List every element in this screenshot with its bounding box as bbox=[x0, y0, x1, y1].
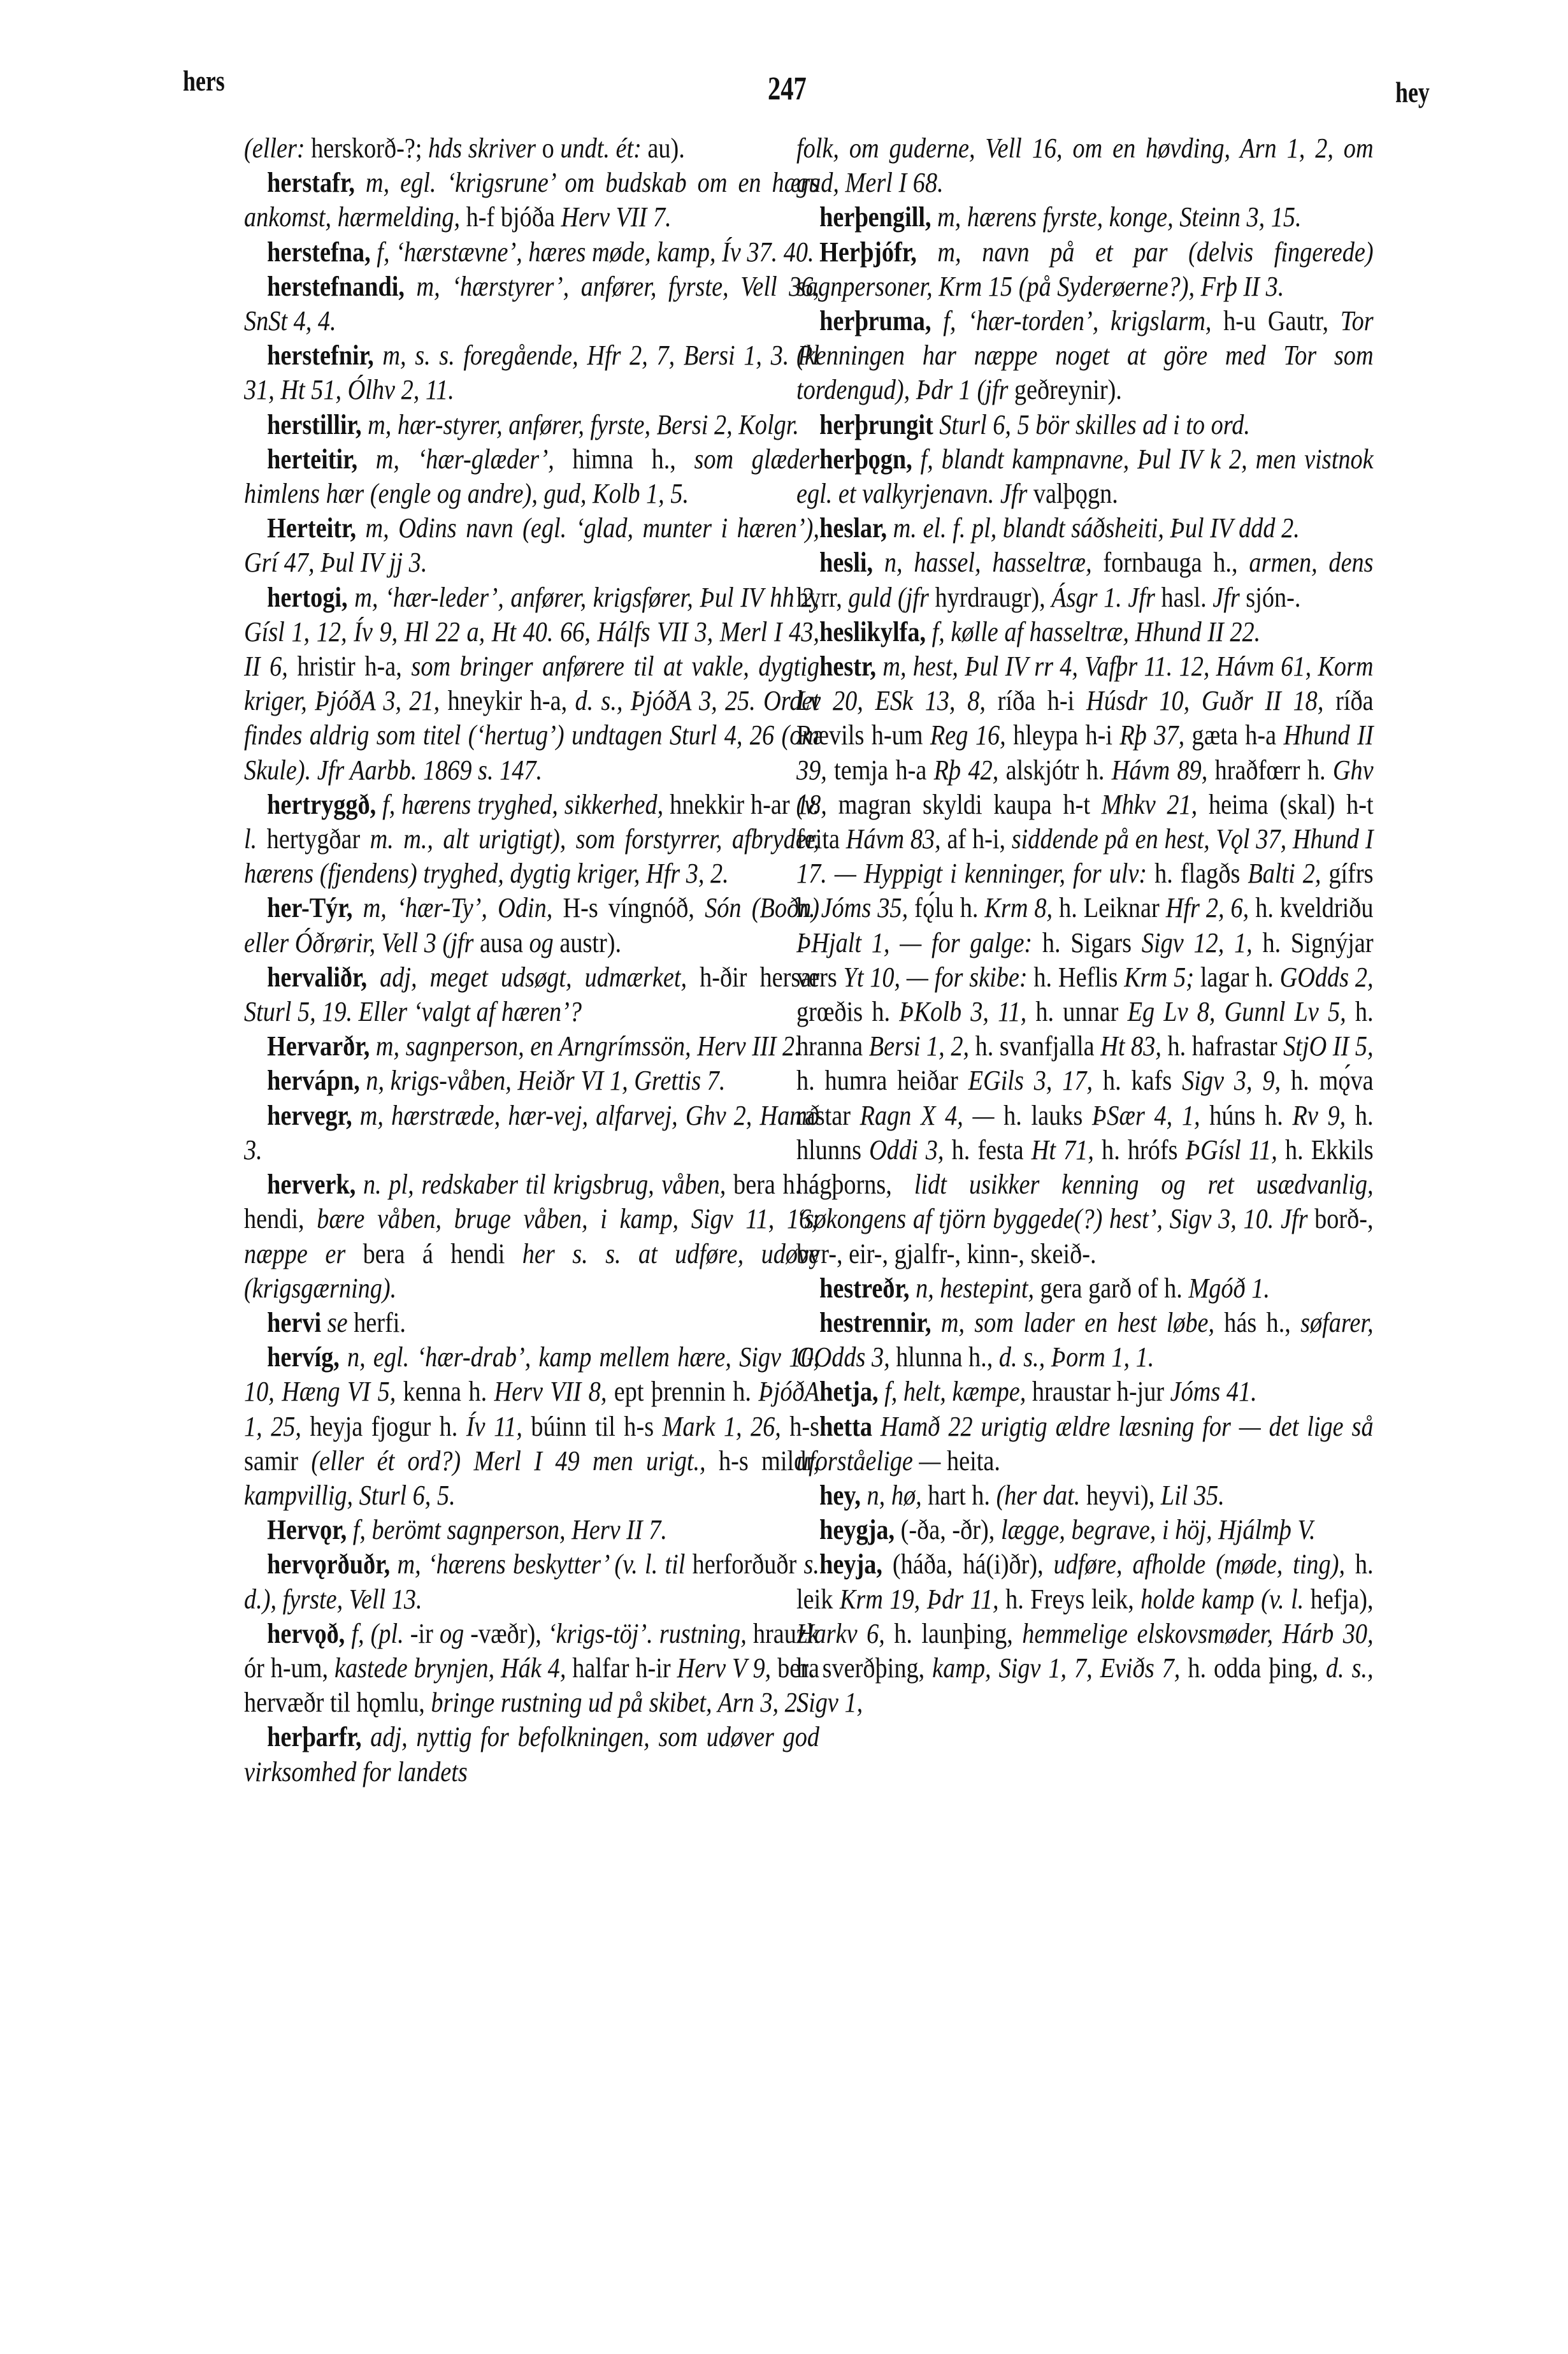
italic-gloss: Sigv 12, 1, bbox=[1142, 927, 1263, 958]
oldnorse-text: hefja), bbox=[1311, 1583, 1374, 1615]
headword: hestrennir, bbox=[819, 1306, 941, 1338]
oldnorse-text: h. hafrastar bbox=[1167, 1030, 1283, 1062]
right-column: folk, om guderne, Vell 16, om en høvding… bbox=[796, 131, 1373, 1719]
headword: hesli, bbox=[819, 546, 884, 578]
italic-gloss: se bbox=[327, 1306, 354, 1338]
oldnorse-text: h. Heflis bbox=[1033, 961, 1124, 993]
italic-gloss: f, helt, kæmpe, bbox=[884, 1375, 1032, 1407]
italic-gloss: n, hassel, hasseltræ, bbox=[884, 546, 1104, 578]
oldnorse-text: heyvi), bbox=[1086, 1479, 1161, 1511]
headword: heslar, bbox=[819, 512, 893, 544]
oldnorse-text: hlunna h., bbox=[896, 1341, 999, 1373]
dictionary-entry: hervi se herfi. bbox=[244, 1305, 819, 1339]
italic-gloss: m, ‘hær-Ty’, Odin, bbox=[363, 892, 563, 923]
oldnorse-text: hyrr, bbox=[796, 581, 848, 613]
oldnorse-text: h-u Gautr, bbox=[1223, 305, 1341, 336]
dictionary-entry: hesli, n, hassel, hasseltræ, fornbauga h… bbox=[796, 545, 1374, 614]
oldnorse-text: h. humra heiðar bbox=[796, 1064, 968, 1096]
oldnorse-text: h. flagðs bbox=[1154, 857, 1248, 889]
oldnorse-text: h. launþing, bbox=[894, 1617, 1022, 1649]
headword: hestr, bbox=[819, 650, 882, 682]
dictionary-entry: Herþjófr, m, navn på et par (delvis fing… bbox=[796, 235, 1374, 303]
oldnorse-text: h. lauks bbox=[1003, 1099, 1092, 1131]
dictionary-entry: herstefnandi, m, ‘hærstyrer’, anfører, f… bbox=[244, 269, 819, 338]
headword: hervǫð, bbox=[267, 1617, 351, 1649]
oldnorse-text: kenna h. bbox=[403, 1375, 494, 1407]
dictionary-entry: hestr, m, hest, Þul IV rr 4, Vafþr 11. 1… bbox=[796, 649, 1374, 1271]
dictionary-entry: hetja, f, helt, kæmpe, hraustar h-jur Jó… bbox=[796, 1374, 1374, 1408]
italic-gloss: d. s., Þorm 1, 1. bbox=[999, 1341, 1154, 1373]
italic-gloss: Ht 83, bbox=[1100, 1030, 1167, 1062]
oldnorse-text: geðreynir). bbox=[1014, 373, 1122, 405]
oldnorse-text: hristir h-a, bbox=[297, 650, 411, 682]
running-head-left: hers bbox=[183, 64, 225, 97]
italic-gloss: Sturl 5, 19. Eller ‘valgt af hæren’? bbox=[244, 995, 582, 1027]
italic-gloss: n, hø, bbox=[867, 1479, 928, 1511]
italic-gloss: Hfr 2, 6, bbox=[1166, 892, 1255, 923]
dictionary-entry: heslar, m. el. f. pl, blandt sáðsheiti, … bbox=[796, 510, 1374, 545]
dictionary-entry: heyja, (háða, há(i)ðr), udføre, afholde … bbox=[796, 1547, 1374, 1719]
oldnorse-text: himna h., bbox=[572, 443, 694, 475]
oldnorse-text: valþǫgn. bbox=[1033, 477, 1118, 509]
dictionary-entry: hervǫrðuðr, m, ‘hærens beskytter’ (v. l.… bbox=[244, 1547, 819, 1615]
dictionary-entry: Herteitr, m, Odins navn (egl. ‘glad, mun… bbox=[244, 510, 819, 579]
oldnorse-text: hertygðar bbox=[267, 823, 370, 855]
oldnorse-text: hraðfœrr h. bbox=[1215, 754, 1333, 786]
oldnorse-text: húns h. bbox=[1209, 1099, 1292, 1131]
headword: hervápn, bbox=[267, 1064, 366, 1096]
headword: hetja, bbox=[819, 1375, 884, 1407]
oldnorse-text: h. odda þing, bbox=[1188, 1652, 1326, 1684]
oldnorse-text: lagar h. bbox=[1200, 961, 1280, 993]
oldnorse-text: hyrdraugr), bbox=[935, 581, 1051, 613]
dictionary-entry: hertryggð, f, hærens tryghed, sikkerhed,… bbox=[244, 787, 819, 891]
oldnorse-text: fornbauga h., bbox=[1103, 546, 1249, 578]
oldnorse-text: hás h., bbox=[1224, 1306, 1300, 1338]
italic-gloss: m, hærens fyrste, konge, Steinn 3, 15. bbox=[937, 201, 1301, 233]
headword: hervǫrðuðr, bbox=[267, 1548, 397, 1580]
dictionary-entry: herteitir, m, ‘hær-glæder’, himna h., so… bbox=[244, 442, 819, 510]
italic-gloss: Oddi 3, bbox=[869, 1134, 951, 1166]
italic-gloss: ‘krigs-töj’. rustning, bbox=[548, 1617, 753, 1649]
italic-gloss: m, sagnperson, en Arngrímssön, Herv III … bbox=[376, 1030, 801, 1062]
headword: hetta bbox=[819, 1410, 881, 1442]
italic-gloss: Harkv 6, bbox=[796, 1617, 894, 1649]
italic-gloss: f, berömt sagnperson, Herv II 7. bbox=[353, 1513, 667, 1545]
italic-gloss: (eller: bbox=[244, 132, 311, 164]
dictionary-entry: herstefna, f, ‘hærstævne’, hæres møde, k… bbox=[244, 235, 819, 269]
oldnorse-text: af h-i, bbox=[947, 823, 1011, 855]
italic-gloss: Yt 10, — for skibe: bbox=[844, 961, 1034, 993]
italic-gloss: Bersi 1, 2, bbox=[869, 1030, 975, 1062]
headword: herteitir, bbox=[267, 443, 376, 475]
dictionary-entry: hey, n, hø, hart h. (her dat. heyvi), Li… bbox=[796, 1478, 1374, 1512]
headword: herstefna, bbox=[267, 236, 377, 268]
headword: herþǫgn, bbox=[819, 443, 921, 475]
italic-gloss: Ív 11, bbox=[466, 1410, 531, 1442]
italic-gloss: Jfr bbox=[1212, 581, 1246, 613]
oldnorse-text: magran skyldi kaupa h-t bbox=[838, 788, 1102, 820]
oldnorse-text: ríða h-i bbox=[998, 684, 1086, 716]
italic-gloss: m, som lader en hest løbe, bbox=[941, 1306, 1224, 1338]
oldnorse-text: h. Sigars bbox=[1042, 927, 1142, 958]
oldnorse-text: bera á hendi bbox=[363, 1238, 522, 1269]
oldnorse-text: au). bbox=[647, 132, 684, 164]
italic-gloss: Ásgr 1. Jfr bbox=[1051, 581, 1161, 613]
oldnorse-text: h. Freys leik, bbox=[1005, 1583, 1140, 1615]
oldnorse-text: búinn til h-s bbox=[531, 1410, 662, 1442]
italic-gloss: m. el. f. pl, blandt sáðsheiti, Þul IV d… bbox=[893, 512, 1300, 544]
italic-gloss: undt. ét: bbox=[560, 132, 647, 164]
italic-gloss: Mgóð 1. bbox=[1188, 1272, 1270, 1304]
dictionary-entry: herstefnir, m, s. s. foregående, Hfr 2, … bbox=[244, 338, 819, 407]
italic-gloss: m, ‘hær-glæder’, bbox=[376, 443, 573, 475]
italic-gloss: Mhkv 21, bbox=[1102, 788, 1209, 820]
oldnorse-text: fǫ́lu h. bbox=[914, 892, 984, 923]
oldnorse-text: herfi. bbox=[354, 1306, 406, 1338]
oldnorse-text: H-s víngnóð, bbox=[563, 892, 705, 923]
headword: herstefnir, bbox=[267, 339, 382, 371]
dictionary-entry: heygja, (-ða, -ðr), lægge, begrave, i hö… bbox=[796, 1512, 1374, 1547]
italic-gloss: n, krigs-våben, Heiðr VI 1, Grettis 7. bbox=[366, 1064, 725, 1096]
headword: herþengill, bbox=[819, 201, 937, 233]
dictionary-entry: herþengill, m, hærens fyrste, konge, Ste… bbox=[796, 199, 1374, 234]
oldnorse-text: ausa bbox=[480, 927, 529, 958]
italic-gloss: Sturl 6, 5 bör skilles ad i to ord. bbox=[939, 408, 1250, 440]
dictionary-entry: heslikylfa, f, kølle af hasseltræ, Hhund… bbox=[796, 614, 1374, 649]
italic-gloss: (eller ét ord?) Merl I 49 men urigt., bbox=[311, 1445, 719, 1477]
oldnorse-text: gera garð of h. bbox=[1040, 1272, 1189, 1304]
dictionary-entry: hetta Hamð 22 urigtig ældre læsning for … bbox=[796, 1409, 1374, 1478]
headword: Hervǫr, bbox=[267, 1513, 353, 1545]
oldnorse-text: h. svanfjalla bbox=[975, 1030, 1101, 1062]
italic-gloss: n. pl, redskaber til krigsbrug, våben, bbox=[363, 1168, 733, 1200]
dictionary-entry: herþǫgn, f, blandt kampnavne, Þul IV k 2… bbox=[796, 442, 1374, 510]
italic-gloss: Krm 19, Þdr 11, bbox=[840, 1583, 1005, 1615]
italic-gloss: bringe rustning ud på skibet, Arn 3, 2. bbox=[431, 1686, 803, 1718]
headword: herþarfr, bbox=[267, 1721, 370, 1752]
oldnorse-text: hneykir h-a, bbox=[448, 684, 575, 716]
italic-gloss: EGils 3, 17, bbox=[968, 1064, 1103, 1096]
italic-gloss: og bbox=[529, 927, 560, 958]
headword: heygja, bbox=[819, 1513, 901, 1545]
dictionary-entry: herþruma, f, ‘hær-torden’, krigslarm, h-… bbox=[796, 303, 1374, 407]
oldnorse-text: (háða, há(i)ðr), bbox=[893, 1548, 1054, 1580]
italic-gloss: f, hærens tryghed, sikkerhed, bbox=[382, 788, 670, 820]
italic-gloss: Jóms 41. bbox=[1170, 1375, 1257, 1407]
italic-gloss: Ht 71, bbox=[1032, 1134, 1102, 1166]
headword: herþruma, bbox=[819, 305, 943, 336]
headword: heslikylfa, bbox=[819, 616, 932, 647]
italic-gloss: kampvillig, Sturl 6, 5. bbox=[244, 1479, 456, 1511]
dictionary-entry: hervǫð, f, (pl. -ir og -væðr), ‘krigs-tö… bbox=[244, 1616, 819, 1720]
italic-gloss: m, hær-styrer, anfører, fyrste, Bersi 2,… bbox=[368, 408, 799, 440]
italic-gloss: og bbox=[440, 1617, 470, 1649]
italic-gloss: Sigv 3, 9, bbox=[1182, 1064, 1291, 1096]
italic-gloss: n, hestepint, bbox=[916, 1272, 1040, 1304]
oldnorse-text: -væðr), bbox=[470, 1617, 548, 1649]
italic-gloss: ÞKolb 3, 11, bbox=[899, 995, 1035, 1027]
left-column: (eller: herskorð-?; hds skriver o undt. … bbox=[244, 131, 817, 1789]
headword: herstillir, bbox=[267, 408, 368, 440]
headword: Herþjófr, bbox=[819, 236, 937, 268]
oldnorse-text: hart h. bbox=[928, 1479, 996, 1511]
entry-continuation: (eller: herskorð-?; hds skriver o undt. … bbox=[244, 131, 819, 165]
italic-gloss: armen, dens bbox=[1249, 546, 1373, 578]
italic-gloss: udføre, afholde (møde, ting), bbox=[1054, 1548, 1355, 1580]
right-column-entries: folk, om guderne, Vell 16, om en høvding… bbox=[796, 131, 1374, 1719]
page-number: 247 bbox=[768, 70, 807, 108]
oldnorse-text: o bbox=[542, 132, 561, 164]
headword: hertogi, bbox=[267, 581, 354, 613]
italic-gloss: Hávm 89, bbox=[1112, 754, 1215, 786]
italic-gloss: kamp, Sigv 1, 7, Eviðs 7, bbox=[932, 1652, 1188, 1684]
italic-gloss: Herv V 9, bbox=[677, 1652, 778, 1684]
headword: her-Týr, bbox=[267, 892, 363, 923]
italic-gloss: hemmelige elskovsmøder, Hárb 30, bbox=[1022, 1617, 1373, 1649]
italic-gloss: Balti 2, bbox=[1248, 857, 1328, 889]
left-column-entries: (eller: herskorð-?; hds skriver o undt. … bbox=[244, 131, 819, 1789]
italic-gloss: hds skriver bbox=[428, 132, 542, 164]
headword: Herteitr, bbox=[267, 512, 365, 544]
dictionary-entry: herþrungit Sturl 6, 5 bör skilles ad i t… bbox=[796, 407, 1374, 442]
headword: herverk, bbox=[267, 1168, 363, 1200]
italic-gloss: f, ‘hærstævne’, hæres møde, kamp, Ív 37.… bbox=[377, 236, 814, 268]
italic-gloss: Mark 1, 26, bbox=[663, 1410, 790, 1442]
headword: herþrungit bbox=[819, 408, 939, 440]
italic-gloss: Húsdr 10, Guðr II 18, bbox=[1086, 684, 1335, 716]
italic-gloss: StjO II 5, bbox=[1283, 1030, 1373, 1062]
headword: Hervarðr, bbox=[267, 1030, 376, 1062]
oldnorse-text: hraustar h-jur bbox=[1032, 1375, 1170, 1407]
dictionary-entry: herþarfr, adj, nyttig for befolkningen, … bbox=[244, 1719, 819, 1788]
italic-gloss: f, (pl. bbox=[351, 1617, 410, 1649]
oldnorse-text: sjón-. bbox=[1246, 581, 1300, 613]
italic-gloss: Ragn X 4, — bbox=[860, 1099, 1003, 1131]
italic-gloss: ÞGísl 11, bbox=[1186, 1134, 1285, 1166]
oldnorse-text: herforðuðr bbox=[693, 1548, 804, 1580]
italic-gloss: Herv VII 8, bbox=[494, 1375, 614, 1407]
oldnorse-text: h. kafs bbox=[1103, 1064, 1182, 1096]
italic-gloss: Jóms 35, bbox=[821, 892, 914, 923]
italic-gloss: Lil 35. bbox=[1161, 1479, 1225, 1511]
italic-gloss: Eg Lv 8, Gunnl Lv 5, bbox=[1128, 995, 1355, 1027]
italic-gloss: lægge, begrave, i höj, Hjálmþ V. bbox=[1001, 1513, 1316, 1545]
dictionary-entry: hestrennir, m, som lader en hest løbe, h… bbox=[796, 1305, 1374, 1374]
oldnorse-text: alskjótr h. bbox=[1006, 754, 1112, 786]
italic-gloss: Rþ 42, bbox=[934, 754, 1006, 786]
italic-gloss: folk, om guderne, Vell 16, om en høvding… bbox=[796, 132, 1374, 198]
dictionary-entry: hertogi, m, ‘hær-leder’, anfører, krigsf… bbox=[244, 580, 819, 787]
entry-continuation: folk, om guderne, Vell 16, om en høvding… bbox=[796, 131, 1374, 199]
dictionary-entry: hervíg, n, egl. ‘hær-drab’, kamp mellem … bbox=[244, 1339, 819, 1512]
italic-gloss: kastede brynjen, Hák 4, bbox=[334, 1652, 572, 1684]
headword: heyja, bbox=[819, 1548, 893, 1580]
italic-gloss: guld (jfr bbox=[848, 581, 935, 613]
oldnorse-text: austr). bbox=[559, 927, 621, 958]
dictionary-entry: herverk, n. pl, redskaber til krigsbrug,… bbox=[244, 1167, 819, 1305]
oldnorse-text: h. festa bbox=[952, 1134, 1032, 1166]
running-head-right: hey bbox=[1395, 75, 1430, 109]
oldnorse-text: (-ða, -ðr), bbox=[901, 1513, 1001, 1545]
dictionary-entry: hervaliðr, adj, meget udsøgt, udmærket, … bbox=[244, 960, 819, 1029]
italic-gloss: holde kamp (v. l. bbox=[1140, 1583, 1311, 1615]
headword: herstafr, bbox=[267, 166, 366, 198]
italic-gloss: Herv VII 7. bbox=[561, 201, 671, 233]
dictionary-entry: hervápn, n, krigs-våben, Heiðr VI 1, Gre… bbox=[244, 1063, 819, 1097]
oldnorse-text: hleypa h-i bbox=[1013, 719, 1119, 751]
headword: hervi bbox=[267, 1306, 327, 1338]
headword: hervegr, bbox=[267, 1099, 360, 1131]
dictionary-entry: Hervarðr, m, sagnperson, en Arngrímssön,… bbox=[244, 1029, 819, 1063]
oldnorse-text: temja h-a bbox=[834, 754, 934, 786]
oldnorse-text: gæta h-a bbox=[1192, 719, 1284, 751]
dictionary-entry: herstillir, m, hær-styrer, anfører, fyrs… bbox=[244, 407, 819, 442]
oldnorse-text: h. sverðþing, bbox=[796, 1652, 932, 1684]
oldnorse-text: grœðis h. bbox=[796, 995, 899, 1027]
headword: hestreðr, bbox=[819, 1272, 916, 1304]
dictionary-entry: her-Týr, m, ‘hær-Ty’, Odin, H-s víngnóð,… bbox=[244, 890, 819, 959]
oldnorse-text: h. Leiknar bbox=[1059, 892, 1166, 923]
oldnorse-text: h. unnar bbox=[1035, 995, 1127, 1027]
oldnorse-text: heita. bbox=[947, 1445, 1000, 1477]
italic-gloss: adj, meget udsøgt, udmærket, bbox=[380, 961, 700, 993]
oldnorse-text: h. hrófs bbox=[1102, 1134, 1186, 1166]
italic-gloss: ÞHjalt 1, — for galge: bbox=[796, 927, 1042, 958]
oldnorse-text: hnekkir h-ar bbox=[670, 788, 796, 820]
headword: herstefnandi, bbox=[267, 270, 416, 302]
headword: hervaliðr, bbox=[267, 961, 380, 993]
oldnorse-text: herskorð-?; bbox=[311, 132, 428, 164]
headword: hertryggð, bbox=[267, 788, 382, 820]
oldnorse-text: hasl. bbox=[1161, 581, 1212, 613]
italic-gloss: Hamð 22 urigtig ældre læsning for — det … bbox=[796, 1410, 1374, 1477]
italic-gloss: m, ‘hærens beskytter’ (v. l. til bbox=[397, 1548, 692, 1580]
italic-gloss: Krm 5; bbox=[1124, 961, 1200, 993]
italic-gloss: Rv 9, bbox=[1293, 1099, 1355, 1131]
dictionary-entry: hervegr, m, hærstræde, hær-vej, alfarvej… bbox=[244, 1098, 819, 1167]
italic-gloss: Reg 16, bbox=[930, 719, 1013, 751]
italic-gloss: Hávm 83, bbox=[846, 823, 947, 855]
headword: hey, bbox=[819, 1479, 867, 1511]
oldnorse-text: heyja fjogur h. bbox=[310, 1410, 466, 1442]
headword: hervíg, bbox=[267, 1341, 347, 1373]
oldnorse-text: ept þrennin h. bbox=[614, 1375, 759, 1407]
dictionary-entry: herstafr, m, egl. ‘krigsrune’ om budskab… bbox=[244, 165, 819, 234]
italic-gloss: Rþ 37, bbox=[1119, 719, 1191, 751]
oldnorse-text: h-f bjóða bbox=[466, 201, 561, 233]
dictionary-entry: hestreðr, n, hestepint, gera garð of h. … bbox=[796, 1271, 1374, 1305]
oldnorse-text: halfar h-ir bbox=[572, 1652, 677, 1684]
oldnorse-text: h. kveldriðu bbox=[1255, 892, 1373, 923]
italic-gloss: GOdds 2, bbox=[1280, 961, 1374, 993]
italic-gloss: ÞSær 4, 1, bbox=[1092, 1099, 1209, 1131]
italic-gloss: (her dat. bbox=[996, 1479, 1086, 1511]
dictionary-entry: Hervǫr, f, berömt sagnperson, Herv II 7. bbox=[244, 1512, 819, 1547]
italic-gloss: f, ‘hær-torden’, krigslarm, bbox=[943, 305, 1223, 336]
italic-gloss: Krm 8, bbox=[984, 892, 1059, 923]
italic-gloss: f, kølle af hasseltræ, Hhund II 22. bbox=[932, 616, 1261, 647]
oldnorse-text: -ir bbox=[410, 1617, 440, 1649]
